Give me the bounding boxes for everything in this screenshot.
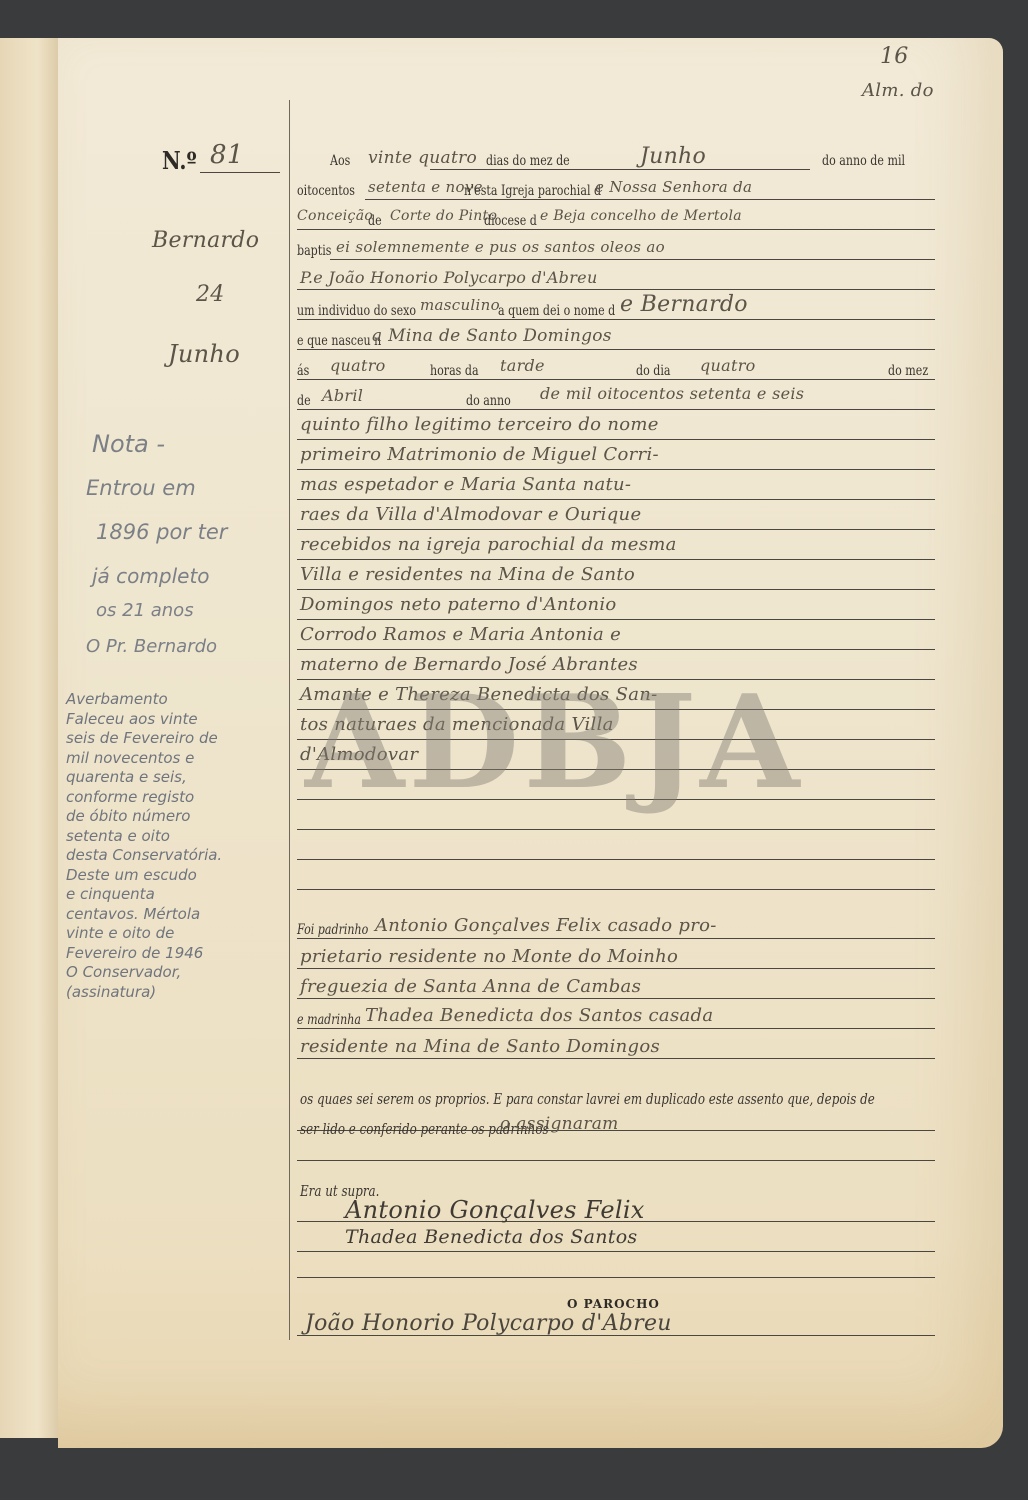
registry-number-label: N.º (162, 146, 197, 175)
signature-godfather: Antonio Gonçalves Felix (345, 1196, 645, 1224)
text-quem-dei-nome: a quem dei o nome d (498, 303, 615, 319)
margin-day: 24 (196, 282, 225, 307)
archive-watermark: ADBJA (305, 668, 803, 818)
text-do-anno: do anno (466, 393, 511, 409)
text-e-madrinha: e madrinha (297, 1012, 361, 1028)
text-aos: Aos (330, 153, 350, 169)
field-birth-month: Abril (322, 386, 363, 405)
field-baptism-text: ei solemnemente e pus os santos oleos ao (336, 238, 665, 256)
margin-month: Junho (168, 340, 240, 368)
field-godmother-2: residente na Mina de Santo Domingos (300, 1036, 660, 1057)
text-closing-1: os quaes sei serem os proprios. E para c… (300, 1092, 875, 1108)
text-oitocentos: oitocentos (297, 183, 355, 199)
registry-number: 81 (210, 140, 244, 170)
field-hour: quatro (330, 356, 386, 375)
signature-godmother: Thadea Benedicta dos Santos (345, 1226, 637, 1248)
field-birth-day: quatro (700, 356, 756, 375)
signature-parocho: João Honorio Polycarpo d'Abreu (305, 1311, 672, 1336)
averbamento-note: Averbamento Faleceu aos vinte seis de Fe… (66, 690, 286, 1002)
field-day-written: vinte quatro (368, 148, 477, 168)
conservador-signature: (assinatura) (66, 983, 286, 1003)
text-diocese: diocese d (484, 213, 537, 229)
field-godfather-3: freguezia de Santa Anna de Cambas (300, 976, 641, 997)
text-individuo-sexo: um individuo do sexo (297, 303, 416, 319)
field-parish-cont: Conceição (297, 208, 373, 224)
text-horas-da: horas da (430, 363, 479, 379)
text-que-nasceu: e que nasceu n (297, 333, 381, 349)
field-birth-year: de mil oitocentos setenta e seis (540, 384, 804, 403)
field-sex: masculino (420, 296, 500, 314)
field-child-name: e Bernardo (620, 292, 748, 317)
field-godfather-2: prietario residente no Monte do Moinho (300, 946, 678, 967)
text-do-anno-de-mil: do anno de mil (822, 153, 905, 169)
text-do-dia: do dia (636, 363, 671, 379)
field-priest: P.e João Honorio Polycarpo d'Abreu (300, 268, 598, 287)
field-period: tarde (500, 356, 545, 375)
averbamento-title: Averbamento (66, 690, 286, 710)
text-as: ás (297, 363, 309, 379)
text-de: de (368, 213, 382, 229)
folio-note: Alm. do (862, 80, 934, 101)
margin-name: Bernardo (152, 228, 259, 253)
field-birthplace: a Mina de Santo Domingos (372, 326, 612, 346)
parocho-label: O PAROCHO (567, 1297, 660, 1311)
text-de-2: de (297, 393, 311, 409)
text-foi-padrinho: Foi padrinho (297, 922, 368, 938)
field-locality: Corte do Pinto (390, 208, 497, 224)
registry-number-rule (200, 172, 280, 173)
field-godmother: Thadea Benedicta dos Santos casada (365, 1005, 713, 1026)
field-month: Junho (640, 144, 706, 169)
field-diocese: e Beja concelho de Mertola (540, 208, 742, 224)
margin-divider (289, 100, 290, 1340)
text-igreja-parochial: n'esta Igreja parochial d (464, 183, 601, 199)
field-godfather: Antonio Gonçalves Felix casado pro- (375, 915, 717, 936)
field-signed: o assignaram (500, 1114, 619, 1134)
adjacent-page-edge (0, 38, 63, 1438)
text-do-mez: do mez (888, 363, 928, 379)
text-dias-do-mez: dias do mez de (486, 153, 570, 169)
folio-number: 16 (880, 44, 909, 69)
text-baptis: baptis (297, 243, 331, 259)
field-parish: e Nossa Senhora da (595, 178, 752, 196)
